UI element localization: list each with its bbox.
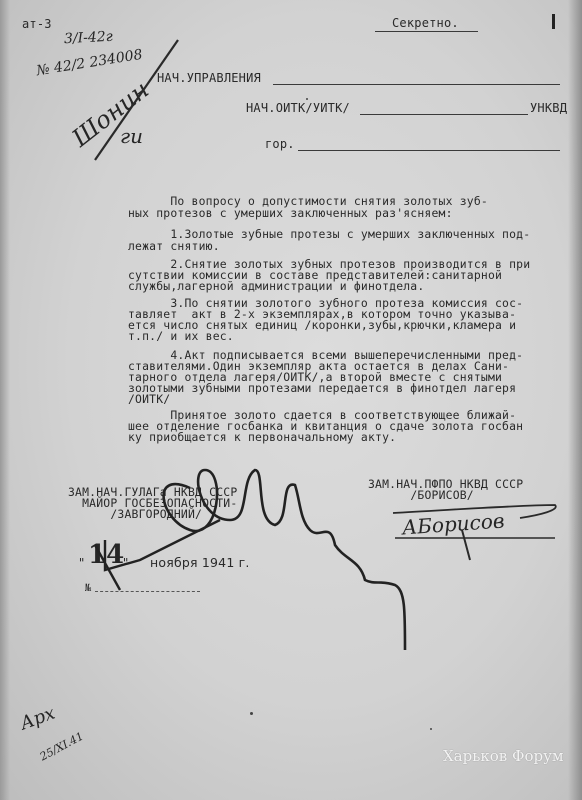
signatory-left-name: /ЗАВГОРОДНИЙ/ [68, 509, 202, 520]
handwritten-resolution-suffix: ги [120, 124, 143, 148]
addressee-line-3-blank [298, 150, 560, 151]
handwritten-date-day: 14 [88, 540, 124, 570]
classification-underline [375, 31, 478, 32]
forum-watermark: Харьков Форум [443, 747, 564, 765]
signatory-right-name: /БОРИСОВ/ [368, 490, 474, 501]
page-marker [552, 14, 555, 29]
paper-speck [430, 728, 432, 730]
item-3-line: т.п./ и их вес. [128, 331, 234, 342]
addressee-line-2-suffix: УНКВД [530, 103, 567, 114]
outgoing-number-label: № [85, 583, 91, 594]
date-close-quote: " [122, 558, 129, 569]
paper-edge-shadow-left [0, 0, 10, 800]
addressee-line-3: гор. [265, 139, 295, 150]
outgoing-number-blank [95, 591, 200, 592]
addressee-line-1: НАЧ.УПРАВЛЕНИЯ [157, 73, 261, 84]
paper-speck [250, 712, 253, 715]
item-1-line: лежат снятию. [128, 241, 220, 252]
date-open-quote: " [78, 558, 85, 569]
handwritten-registration-number: № 42/2 234008 [35, 47, 143, 80]
form-code: ат-3 [22, 19, 52, 30]
date-month-year: ноября 1941 г. [150, 557, 250, 568]
item-2-line: службы,лагерной администрации и финотдел… [128, 281, 424, 292]
handwritten-registration-date: 3/I-42г [64, 29, 114, 48]
signature-right-handwritten: АБорисов [401, 508, 505, 539]
intro-line: ных протезов с умерших заключенных раз'я… [128, 208, 453, 219]
paper-edge-shadow-right [568, 0, 582, 800]
handwritten-archive-note: Арх [17, 703, 57, 735]
addressee-line-2-prefix: НАЧ.ОИТК/УИТК/ [246, 103, 350, 114]
paper-speck [306, 98, 308, 100]
item-4-line: /ОИТК/ [128, 394, 170, 405]
addressee-line-2-blank [360, 114, 528, 115]
archival-document-page: ат-3 Секретно. 3/I-42г № 42/2 234008 Шон… [0, 0, 582, 800]
addressee-line-1-blank [273, 84, 560, 85]
classification-stamp: Секретно. [392, 18, 459, 29]
item-4-line: золотыми зубными протезами передается в … [128, 383, 516, 394]
handwritten-archive-date: 25/XI.41 [38, 730, 86, 764]
closing-line: ку приобщается к первоначальному акту. [128, 432, 396, 443]
